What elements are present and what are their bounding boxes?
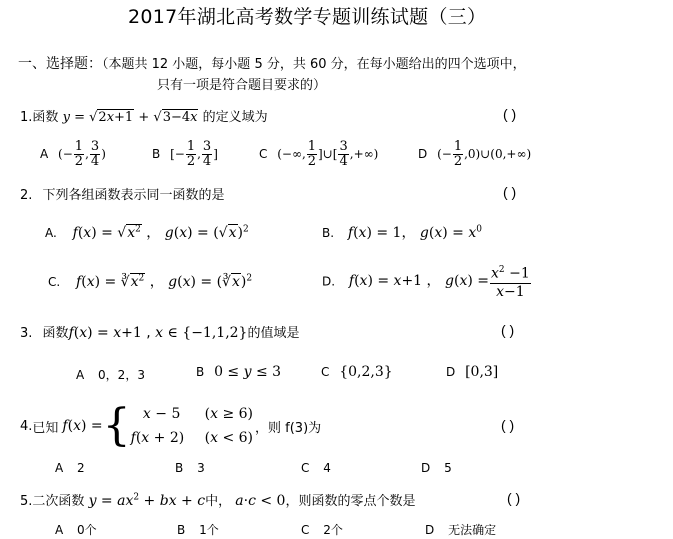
option-label: A. bbox=[45, 226, 57, 240]
question-number: 1. bbox=[20, 110, 32, 125]
option-label: B. bbox=[322, 226, 334, 240]
question-number: 5. bbox=[20, 494, 32, 509]
option-text: 0个 bbox=[77, 523, 97, 537]
q5-option-a: A 0个 bbox=[55, 521, 97, 538]
q5-option-d: D 无法确定 bbox=[425, 521, 496, 538]
formula-condition: a·c < 0 bbox=[235, 493, 285, 509]
section-instruction-line2: 只有一项是符合题目要求的） bbox=[157, 74, 326, 93]
option-label: B bbox=[175, 461, 183, 475]
formula: y = √2x+1 + √3−4x bbox=[63, 109, 199, 125]
q4-option-c: C 4 bbox=[301, 461, 331, 475]
option-label: C bbox=[259, 147, 267, 161]
formula-lhs: f(x) = bbox=[62, 418, 102, 434]
answer-blank-2: ( ) bbox=[503, 184, 516, 200]
q1-option-b: B [−12,34] bbox=[152, 140, 218, 169]
q1-option-c: C (−∞,12]∪[34,+∞) bbox=[259, 140, 378, 169]
q4-option-d: D 5 bbox=[421, 461, 452, 475]
answer-blank-5: ( ) bbox=[507, 490, 520, 506]
option-label: D bbox=[418, 147, 427, 161]
option-label: C bbox=[301, 523, 309, 537]
option-text: 无法确定 bbox=[448, 523, 496, 537]
q2-option-d: D. f(x) = x+1 ， g(x) =x2 −1x−1 bbox=[322, 262, 532, 301]
stem-text: 下列各组函数表示同一函数的是 bbox=[43, 188, 225, 203]
option-label: C. bbox=[48, 275, 60, 289]
q1-option-d: D (−12,0)∪(0,+∞) bbox=[418, 140, 531, 169]
option-label: C bbox=[301, 461, 309, 475]
answer-blank-1: ( ) bbox=[503, 106, 516, 122]
section-instruction: （本题共 12 小题，每小题 5 分，共 60 分，在每小题给出的四个选项中， bbox=[102, 57, 526, 72]
question-1-stem: 1.函数 y = √2x+1 + √3−4x 的定义域为 bbox=[20, 106, 268, 125]
q3-option-b: B 0 ≤ y ≤ 3 bbox=[196, 364, 281, 380]
stem-suffix: ，则函数的零点个数是 bbox=[285, 494, 415, 509]
option-label: D bbox=[421, 461, 430, 475]
q1-option-a: A (−12,34) bbox=[40, 140, 106, 169]
q2-option-b: B. f(x) = 1， g(x) = x0 bbox=[322, 222, 482, 242]
page-title: 2017年湖北高考数学专题训练试题（三） bbox=[128, 2, 486, 29]
question-4-stem: 4.已知 f(x) = { x − 5(x ≥ 6) f(x + 2)(x < … bbox=[20, 402, 321, 450]
option-text: 0，2，3 bbox=[98, 368, 145, 382]
section-title: 一、选择题： bbox=[18, 56, 102, 72]
q3-option-d: D [0,3] bbox=[446, 364, 498, 380]
q2-option-c: C. f(x) = ∛x2 ， g(x) = (∛x)2 bbox=[48, 271, 252, 291]
q2-option-a: A. f(x) = √x2 ， g(x) = (√x)2 bbox=[45, 222, 249, 242]
stem-prefix: 二次函数 bbox=[32, 494, 84, 509]
option-label: B bbox=[152, 147, 160, 161]
option-label: C bbox=[321, 365, 329, 379]
question-2-stem: 2. 下列各组函数表示同一函数的是 bbox=[20, 184, 225, 203]
option-label: A bbox=[55, 461, 63, 475]
q4-option-a: A 2 bbox=[55, 461, 85, 475]
option-text: 4 bbox=[323, 461, 331, 475]
stem-suffix: 的定义域为 bbox=[203, 110, 268, 125]
piecewise: x − 5(x ≥ 6) f(x + 2)(x < 6) bbox=[131, 402, 253, 450]
q5-option-c: C 2个 bbox=[301, 521, 343, 538]
question-number: 2. bbox=[20, 188, 32, 203]
stem-prefix: 函数 bbox=[32, 110, 58, 125]
option-text: 1个 bbox=[199, 523, 219, 537]
option-text: {0,2,3} bbox=[339, 364, 392, 380]
q5-option-b: B 1个 bbox=[177, 521, 219, 538]
stem-suffix: ，则 f(3)为 bbox=[255, 417, 321, 436]
q3-option-a: A 0，2，3 bbox=[76, 366, 145, 383]
option-label: B bbox=[196, 365, 204, 379]
question-number: 4. bbox=[20, 419, 32, 434]
answer-blank-3: ( ) bbox=[501, 322, 514, 338]
formula: f(x) = x+1 , x ∈ {−1,1,2} bbox=[69, 325, 248, 341]
section-heading: 一、选择题：（本题共 12 小题，每小题 5 分，共 60 分，在每小题给出的四… bbox=[18, 53, 526, 73]
option-label: B bbox=[177, 523, 185, 537]
question-3-stem: 3. 函数f(x) = x+1 , x ∈ {−1,1,2}的值域是 bbox=[20, 322, 299, 341]
option-label: A bbox=[76, 368, 84, 382]
option-text: [0,3] bbox=[465, 364, 498, 380]
answer-blank-4: ( ) bbox=[501, 417, 514, 433]
q3-option-c: C {0,2,3} bbox=[321, 364, 393, 380]
option-label: A bbox=[40, 147, 48, 161]
option-label: D bbox=[425, 523, 434, 537]
question-5-stem: 5.二次函数 y = ax2 + bx + c中， a·c < 0，则函数的零点… bbox=[20, 490, 415, 509]
option-label: A bbox=[55, 523, 63, 537]
question-number: 3. bbox=[20, 326, 32, 341]
option-label: D. bbox=[322, 274, 335, 288]
stem-mid: 中， bbox=[205, 494, 231, 509]
option-text: 2个 bbox=[323, 523, 343, 537]
q4-option-b: B 3 bbox=[175, 461, 205, 475]
stem-prefix: 函数 bbox=[43, 326, 69, 341]
formula: y = ax2 + bx + c bbox=[89, 493, 206, 509]
option-text: 3 bbox=[197, 461, 205, 475]
stem-suffix: 的值域是 bbox=[247, 326, 299, 341]
brace-icon: { bbox=[103, 404, 131, 448]
option-text: 5 bbox=[444, 461, 452, 475]
stem-prefix: 已知 bbox=[32, 417, 58, 436]
option-label: D bbox=[446, 365, 455, 379]
option-text: 2 bbox=[77, 461, 85, 475]
